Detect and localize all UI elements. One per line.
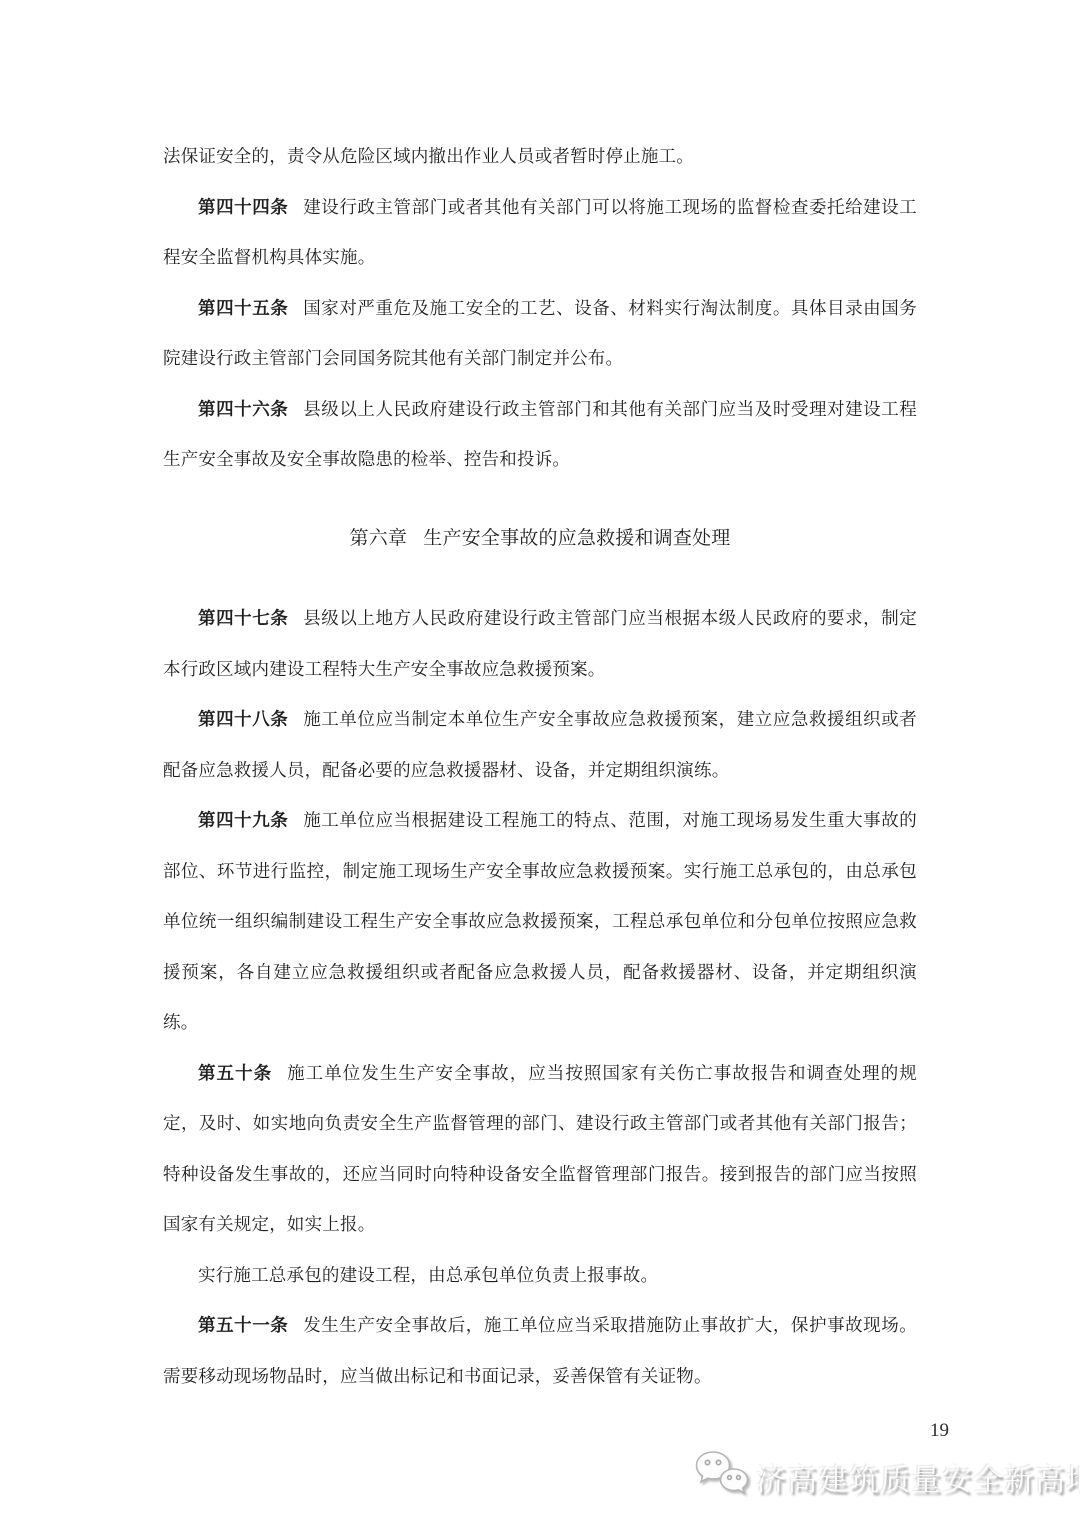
chapter-title: 生产安全事故的应急救援和调查处理 bbox=[423, 528, 730, 549]
paragraph-text: 法保证安全的，责令从危险区域内撤出作业人员或者暂时停止施工。 bbox=[163, 146, 694, 166]
article-paragraph: 第四十九条施工单位应当根据建设工程施工的特点、范围，对施工现场易发生重大事故的部… bbox=[163, 795, 917, 1048]
watermark: 济高建筑质量安全新高地 bbox=[694, 1448, 1080, 1506]
paragraph: 法保证安全的，责令从危险区域内撤出作业人员或者暂时停止施工。 bbox=[163, 131, 917, 182]
document-body: 法保证安全的，责令从危险区域内撤出作业人员或者暂时停止施工。第四十四条建设行政主… bbox=[163, 131, 917, 1401]
article-paragraph: 第五十一条发生生产安全事故后，施工单位应当采取措施防止事故扩大，保护事故现场。需… bbox=[163, 1300, 917, 1401]
article-paragraph: 第五十条施工单位发生生产安全事故，应当按照国家有关伤亡事故报告和调查处理的规定，… bbox=[163, 1048, 917, 1250]
watermark-text: 济高建筑质量安全新高地 bbox=[756, 1455, 1080, 1499]
article-paragraph: 第四十六条县级以上人民政府建设行政主管部门和其他有关部门应当及时受理对建设工程生… bbox=[163, 384, 917, 485]
article-paragraph: 第四十五条国家对严重危及施工安全的工艺、设备、材料实行淘汰制度。具体目录由国务院… bbox=[163, 283, 917, 384]
paragraph-text: 施工单位发生生产安全事故，应当按照国家有关伤亡事故报告和调查处理的规定，及时、如… bbox=[163, 1063, 917, 1235]
article-number: 第五十一条 bbox=[198, 1315, 288, 1335]
paragraph-text: 施工单位应当根据建设工程施工的特点、范围，对施工现场易发生重大事故的部位、环节进… bbox=[163, 810, 917, 1032]
article-number: 第五十条 bbox=[198, 1063, 272, 1083]
article-paragraph: 第四十四条建设行政主管部门或者其他有关部门可以将施工现场的监督检查委托给建设工程… bbox=[163, 182, 917, 283]
chapter-number: 第六章 bbox=[350, 528, 408, 549]
article-number: 第四十八条 bbox=[198, 709, 288, 729]
article-number: 第四十七条 bbox=[198, 608, 288, 628]
article-paragraph: 第四十八条施工单位应当制定本单位生产安全事故应急救援预案，建立应急救援组织或者配… bbox=[163, 694, 917, 795]
document-page: 法保证安全的，责令从危险区域内撤出作业人员或者暂时停止施工。第四十四条建设行政主… bbox=[0, 0, 1080, 1527]
wechat-icon bbox=[694, 1448, 750, 1506]
article-number: 第四十四条 bbox=[198, 197, 288, 217]
paragraph-text: 实行施工总承包的建设工程，由总承包单位负责上报事故。 bbox=[198, 1265, 658, 1285]
article-number: 第四十六条 bbox=[198, 399, 288, 419]
page-number: 19 bbox=[930, 1420, 949, 1442]
chapter-heading: 第六章生产安全事故的应急救援和调查处理 bbox=[163, 514, 917, 565]
article-number: 第四十九条 bbox=[198, 810, 288, 830]
article-number: 第四十五条 bbox=[198, 298, 288, 318]
paragraph: 实行施工总承包的建设工程，由总承包单位负责上报事故。 bbox=[163, 1250, 917, 1301]
article-paragraph: 第四十七条县级以上地方人民政府建设行政主管部门应当根据本级人民政府的要求，制定本… bbox=[163, 593, 917, 694]
